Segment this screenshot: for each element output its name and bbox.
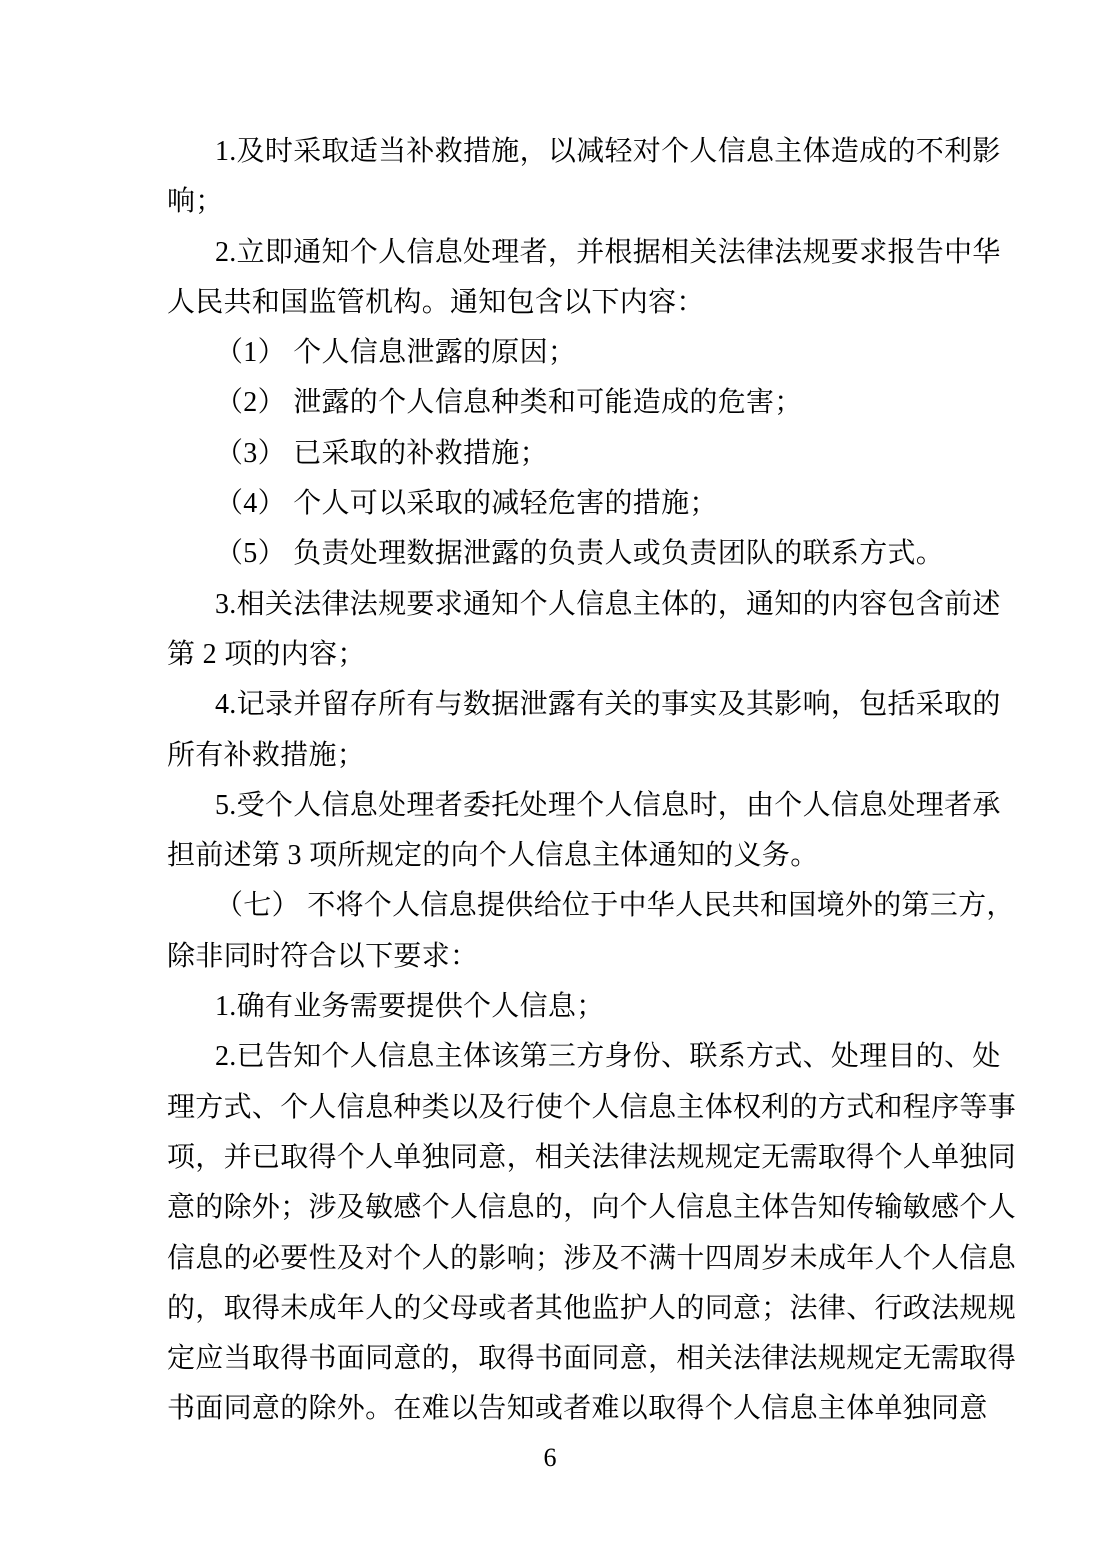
text-line: 2.立即通知个人信息处理者，并根据相关法律法规要求报告中华 — [167, 228, 942, 278]
document-page: 1.及时采取适当补救措施，以减轻对个人信息主体造成的不利影 响； 2.立即通知个… — [0, 0, 1100, 1556]
text-line: （5） 负责处理数据泄露的负责人或负责团队的联系方式。 — [167, 529, 942, 579]
text-line: 定应当取得书面同意的，取得书面同意，相关法律法规规定无需取得 — [167, 1334, 942, 1384]
text-line: 除非同时符合以下要求： — [167, 932, 942, 982]
text-line: （1） 个人信息泄露的原因； — [167, 328, 942, 378]
text-line: 第 2 项的内容； — [167, 630, 942, 680]
text-line: 人民共和国监管机构。通知包含以下内容： — [167, 278, 942, 328]
text-line: 项，并已取得个人单独同意，相关法律法规规定无需取得个人单独同 — [167, 1133, 942, 1183]
text-line: 5.受个人信息处理者委托处理个人信息时，由个人信息处理者承 — [167, 781, 942, 831]
text-line: 担前述第 3 项所规定的向个人信息主体通知的义务。 — [167, 831, 942, 881]
text-line: 3.相关法律法规要求通知个人信息主体的，通知的内容包含前述 — [167, 580, 942, 630]
text-line: （七） 不将个人信息提供给位于中华人民共和国境外的第三方， — [167, 881, 942, 931]
text-line: 1.确有业务需要提供个人信息； — [167, 982, 942, 1032]
text-line: 4.记录并留存所有与数据泄露有关的事实及其影响，包括采取的 — [167, 680, 942, 730]
page-number: 6 — [0, 1438, 1100, 1478]
text-line: 意的除外；涉及敏感个人信息的，向个人信息主体告知传输敏感个人 — [167, 1183, 942, 1233]
text-line: 信息的必要性及对个人的影响；涉及不满十四周岁未成年人个人信息 — [167, 1234, 942, 1284]
text-line: 理方式、个人信息种类以及行使个人信息主体权利的方式和程序等事 — [167, 1083, 942, 1133]
document-body: 1.及时采取适当补救措施，以减轻对个人信息主体造成的不利影 响； 2.立即通知个… — [167, 127, 942, 1435]
text-line: 书面同意的除外。在难以告知或者难以取得个人信息主体单独同意 — [167, 1384, 942, 1434]
text-line: 的，取得未成年人的父母或者其他监护人的同意；法律、行政法规规 — [167, 1284, 942, 1334]
text-line: （3） 已采取的补救措施； — [167, 429, 942, 479]
text-line: （4） 个人可以采取的减轻危害的措施； — [167, 479, 942, 529]
text-line: 响； — [167, 177, 942, 227]
text-line: 所有补救措施； — [167, 731, 942, 781]
text-line: 2.已告知个人信息主体该第三方身份、联系方式、处理目的、处 — [167, 1032, 942, 1082]
text-line: （2） 泄露的个人信息种类和可能造成的危害； — [167, 378, 942, 428]
text-line: 1.及时采取适当补救措施，以减轻对个人信息主体造成的不利影 — [167, 127, 942, 177]
